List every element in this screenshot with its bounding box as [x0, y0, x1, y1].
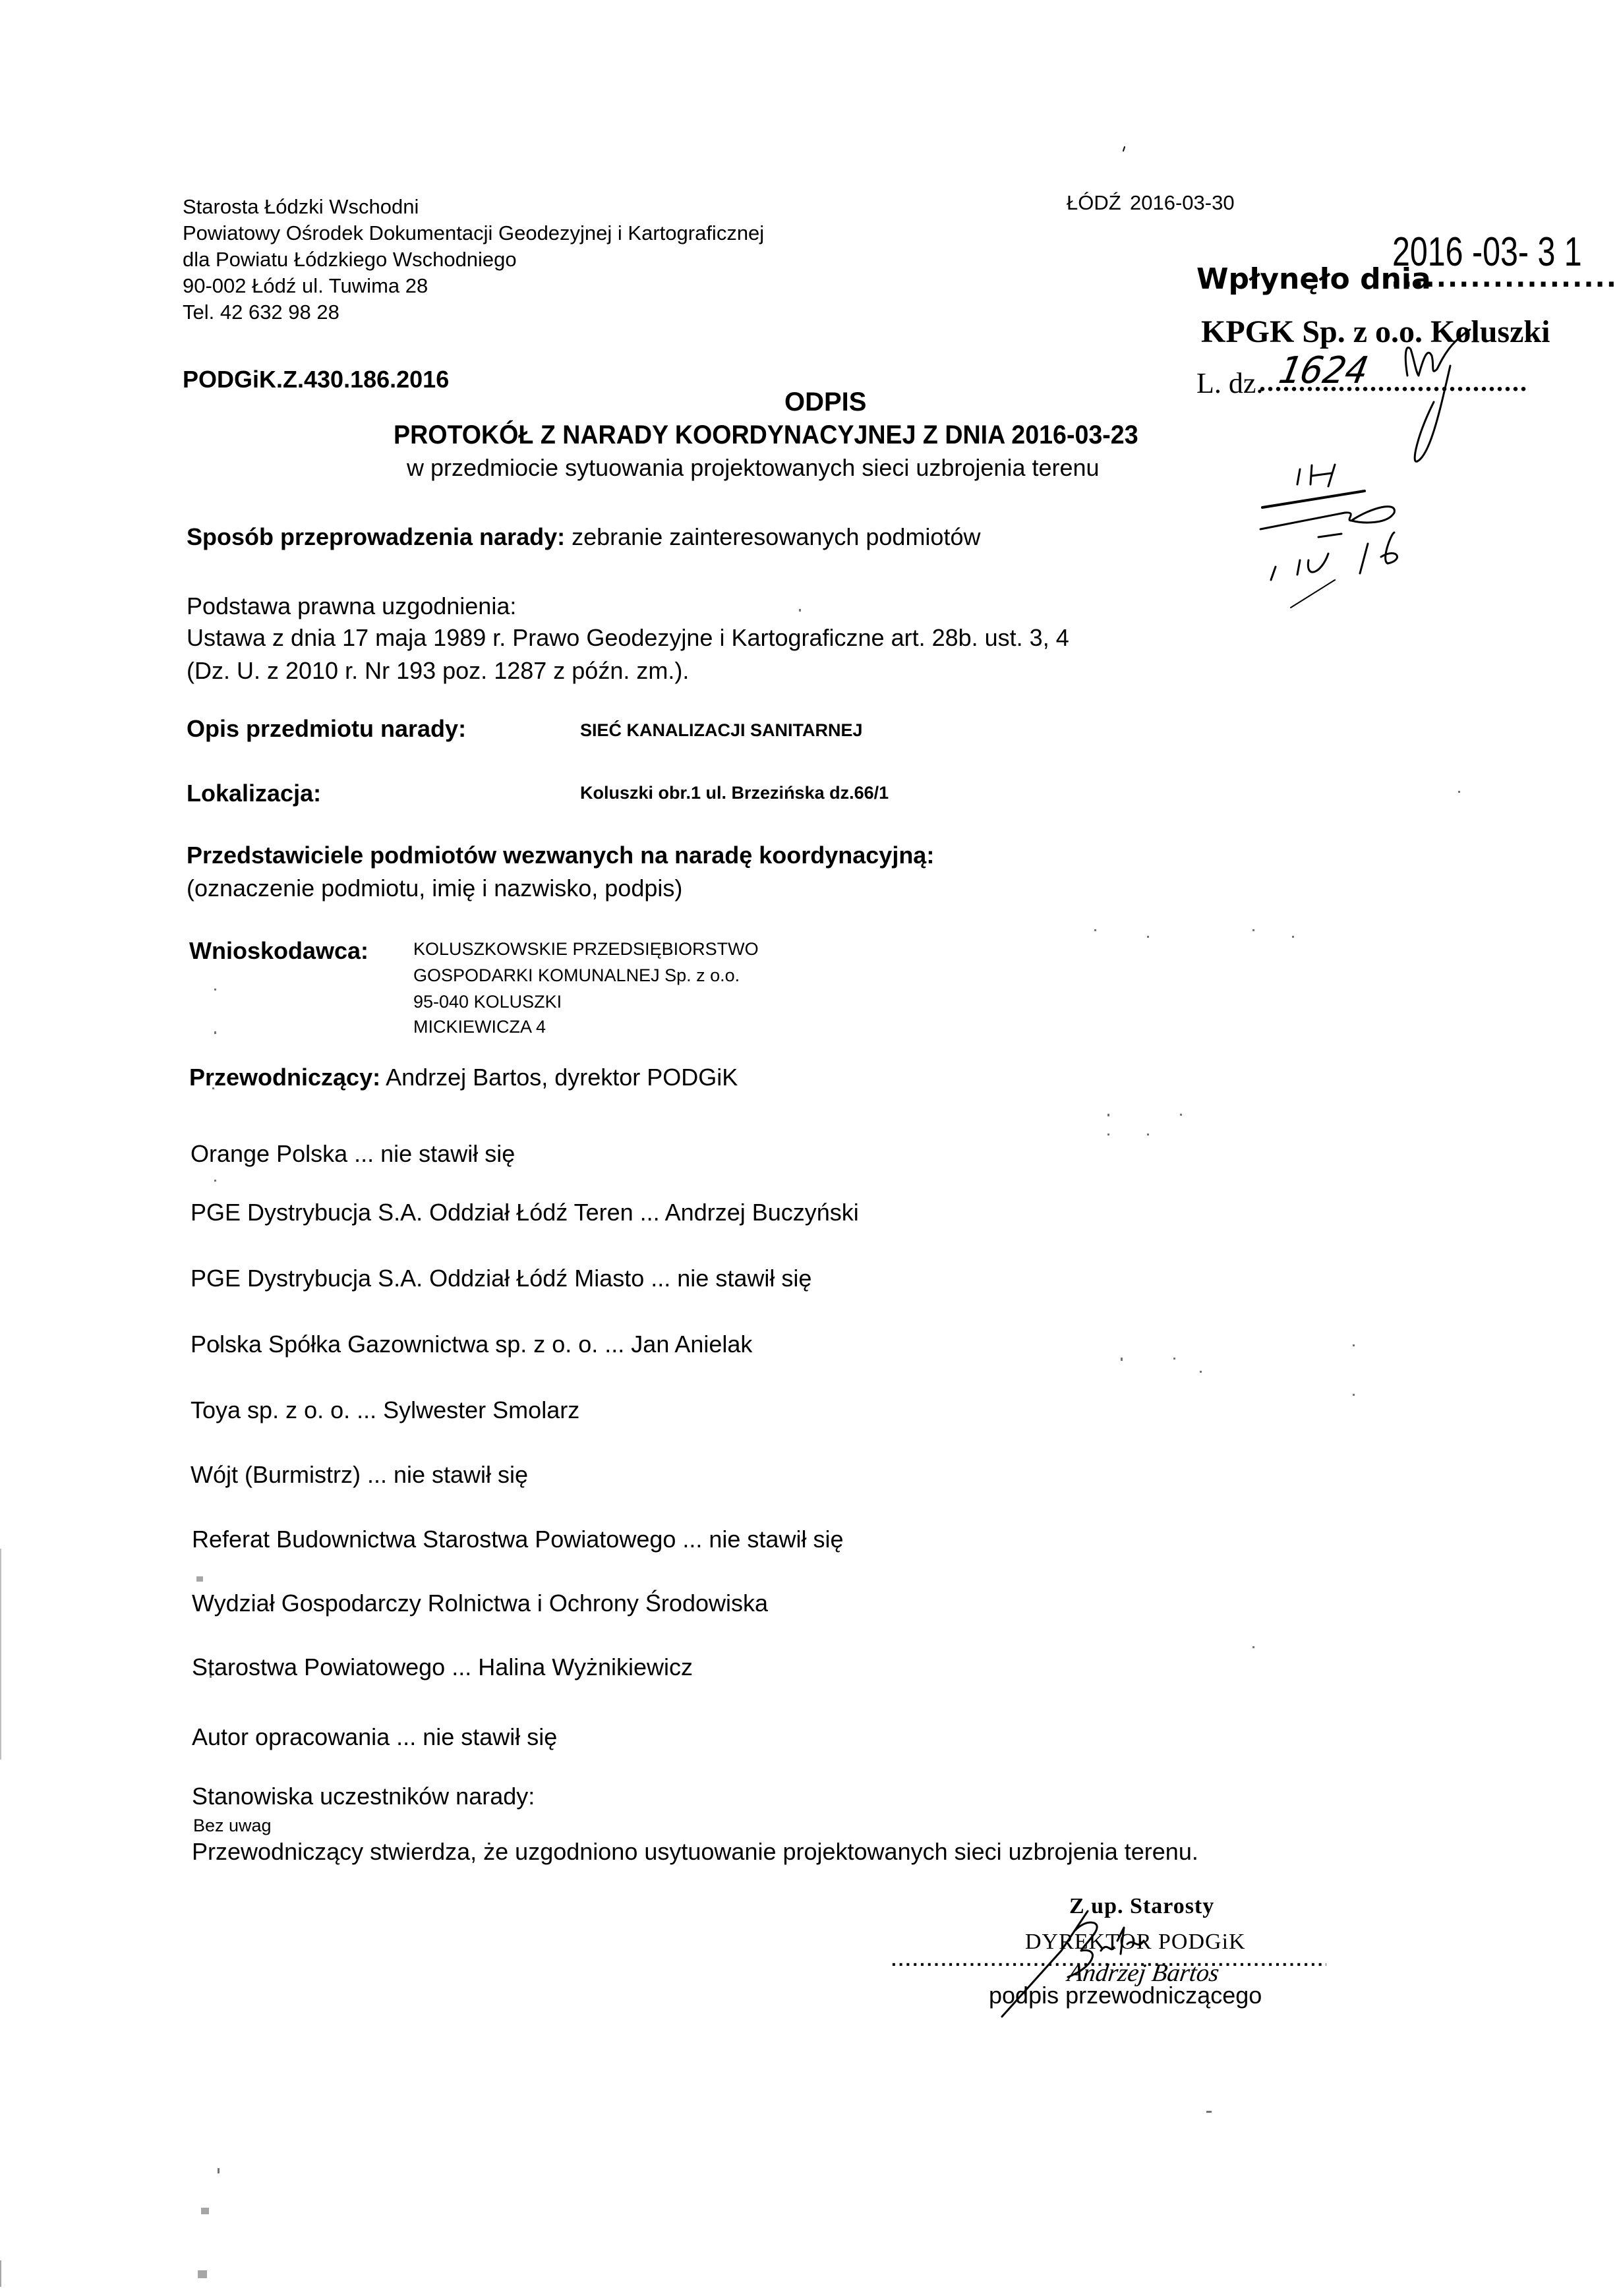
conclusion-text: Przewodniczący stwierdza, że uzgodniono …	[192, 1840, 1198, 1864]
chairman-value: Andrzej Bartos, dyrektor PODGiK	[386, 1064, 738, 1091]
participant-item: PGE Dystrybucja S.A. Oddział Łódź Miasto…	[191, 1267, 811, 1290]
positions-label: Stanowiska uczestników narady:	[192, 1785, 535, 1808]
reference-number: PODGiK.Z.430.186.2016	[183, 368, 449, 391]
participant-item: Polska Spółka Gazownictwa sp. z o. o. ..…	[191, 1333, 752, 1356]
method-value: zebranie zainteresowanych podmiotów	[572, 523, 980, 550]
legal-basis-line: (Dz. U. z 2010 r. Nr 193 poz. 1287 z póź…	[187, 659, 689, 683]
signature-stamp-line: Z up. Starosty	[1069, 1895, 1214, 1918]
issuer-phone: Tel. 42 632 98 28	[183, 302, 339, 322]
issuer-line: dla Powiatu Łódzkiego Wschodniego	[183, 249, 517, 270]
signature-caption: podpis przewodniczącego	[989, 1984, 1262, 2007]
document-date: 2016-03-30	[1130, 192, 1235, 213]
signature-stamp-line: DYREKTOR PODGiK	[1025, 1931, 1246, 1953]
participant-item: Wydział Gospodarczy Rolnictwa i Ochrony …	[192, 1592, 768, 1615]
participant-item: Toya sp. z o. o. ... Sylwester Smolarz	[191, 1398, 579, 1422]
applicant-line: MICKIEWICZA 4	[413, 1018, 546, 1036]
subject-value: SIEĆ KANALIZACJI SANITARNEJ	[580, 722, 863, 739]
location-value: Koluszki obr.1 ul. Brzezińska dz.66/1	[580, 784, 889, 802]
received-dots: ......................	[1391, 265, 1619, 291]
place: ŁÓDŹ	[1067, 192, 1121, 213]
chairman-label: Przewodniczący:	[189, 1064, 380, 1091]
legal-basis-line: Ustawa z dnia 17 maja 1989 r. Prawo Geod…	[187, 626, 1069, 650]
ledger-label: L. dz.	[1196, 369, 1263, 398]
applicant-line: KOLUSZKOWSKIE PRZEDSIĘBIORSTWO	[413, 940, 759, 958]
copy-label: ODPIS	[784, 389, 866, 415]
method-row: Sposób przeprowadzenia narady: zebranie …	[187, 525, 980, 549]
location-label: Lokalizacja:	[187, 782, 321, 805]
representatives-heading: Przedstawiciele podmiotów wezwanych na n…	[187, 844, 934, 867]
participant-item: PGE Dystrybucja S.A. Oddział Łódź Teren …	[191, 1201, 859, 1224]
participant-item: Autor opracowania ... nie stawił się	[192, 1725, 557, 1749]
positions-value: Bez uwag	[193, 1817, 272, 1835]
company-name: KPGK Sp. z o.o. Koluszki	[1201, 316, 1550, 348]
representatives-note: (oznaczenie podmiotu, imię i nazwisko, p…	[187, 876, 682, 900]
document-subtitle: w przedmiocie sytuowania projektowanych …	[407, 456, 1100, 480]
document-title: PROTOKÓŁ Z NARADY KOORDYNACYJNEJ Z DNIA …	[394, 422, 1138, 448]
issuer-line: 90-002 Łódź ul. Tuwima 28	[183, 275, 428, 296]
method-label: Sposób przeprowadzenia narady:	[187, 523, 565, 550]
participant-item: Starostwa Powiatowego ... Halina Wyżniki…	[192, 1655, 693, 1679]
applicant-line: 95-040 KOLUSZKI	[413, 993, 562, 1011]
issuer-line: Starosta Łódzki Wschodni	[183, 196, 419, 217]
applicant-label: Wnioskodawca:	[189, 939, 368, 963]
issuer-line: Powiatowy Ośrodek Dokumentacji Geodezyjn…	[183, 223, 764, 243]
legal-basis-label: Podstawa prawna uzgodnienia:	[187, 594, 516, 618]
participant-item: Orange Polska ... nie stawił się	[191, 1142, 515, 1166]
subject-label: Opis przedmiotu narady:	[187, 717, 466, 741]
participant-item: Wójt (Burmistrz) ... nie stawił się	[191, 1463, 528, 1487]
participant-item: Referat Budownictwa Starostwa Powiatoweg…	[192, 1528, 843, 1551]
chairman-row: Przewodniczący: Andrzej Bartos, dyrektor…	[189, 1066, 738, 1089]
ledger-number: 1624	[1276, 353, 1371, 389]
applicant-line: GOSPODARKI KOMUNALNEJ Sp. z o.o.	[413, 967, 740, 985]
